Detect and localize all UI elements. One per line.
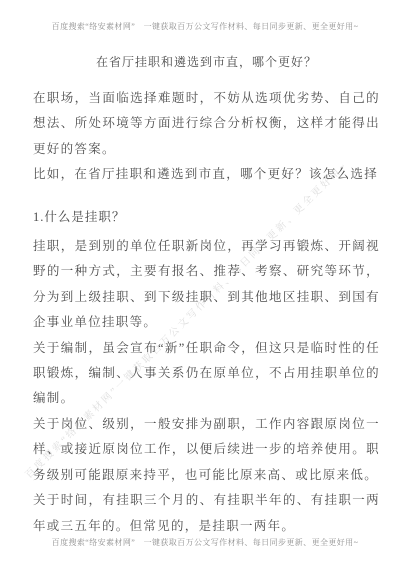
section-paragraph-bianzhi: 关于编制，虽会宣布“新”任职命令，但这只是临时性的任职锻炼，编制、人事关系仍在原… xyxy=(33,336,380,412)
intro-paragraph-2: 比如，在省厅挂职和遴选到市直，哪个更好？该怎么选择 xyxy=(33,162,380,187)
document-title: 在省厅挂职和遴选到市直，哪个更好？ xyxy=(33,54,380,70)
section-heading-what-is-guazhi: 1.什么是挂职？ xyxy=(33,205,380,230)
intro-paragraph-1: 在职场，当面临选择难题时，不妨从选项优劣势、自己的想法、所处环境等方面进行综合分… xyxy=(33,86,380,162)
promo-header-text: 百度搜索“络安素材网” 一键获取百万公文写作材料、每日同步更新、更全更好用~ xyxy=(0,21,410,32)
section-paragraph-duration: 关于时间，有挂职三个月的、有挂职半年的、有挂职一两年或三五年的。但常见的，是挂职… xyxy=(33,488,380,539)
document-page: 在省厅挂职和遴选到市直，哪个更好？ 在职场，当面临选择难题时，不妨从选项优劣势、… xyxy=(33,54,380,539)
section-paragraph-position-level: 关于岗位、级别，一般安排为副职，工作内容跟原岗位一样、或接近原岗位工作，以便后续… xyxy=(33,412,380,488)
promo-footer-text: 百度搜索“络安素材网” 一键获取百万公文写作材料、每日同步更新、更全更好用~ xyxy=(0,537,410,548)
section-paragraph-definition: 挂职，是到别的单位任职新岗位，再学习再锻炼、开阔视野的一种方式，主要有报名、推荐… xyxy=(33,234,380,336)
